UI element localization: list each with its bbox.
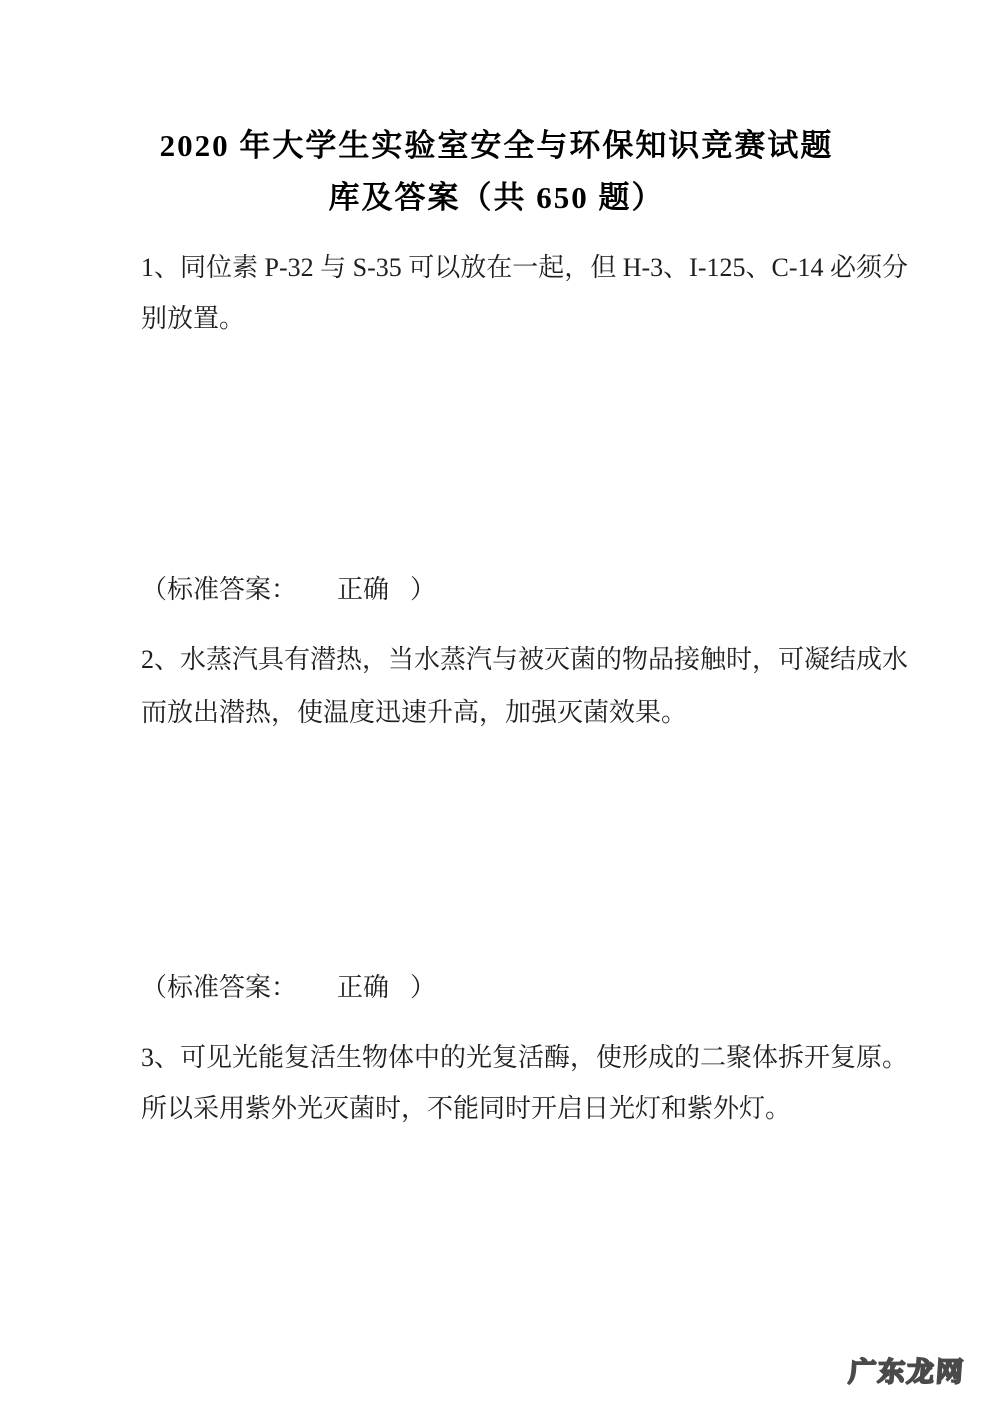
question-2-line-1: 2、水蒸汽具有潜热，当水蒸汽与被灭菌的物品接触时，可凝结成水 bbox=[141, 644, 853, 676]
question-3-line-2: 所以采用紫外光灭菌时，不能同时开启日光灯和紫外灯。 bbox=[141, 1093, 853, 1125]
answer-2-value: 正确 bbox=[337, 973, 389, 1002]
question-1-line-2: 别放置。 bbox=[141, 303, 853, 335]
answer-2-close-paren: ） bbox=[410, 973, 436, 1002]
answer-1-label: （标准答案： bbox=[141, 575, 297, 604]
document-page: 2020 年大学生实验室安全与环保知识竞赛试题 库及答案（共 650 题） 1、… bbox=[0, 0, 993, 1404]
answer-1-close-paren: ） bbox=[410, 575, 436, 604]
question-1-line-1: 1、同位素 P-32 与 S-35 可以放在一起，但 H-3、I-125、C-1… bbox=[141, 252, 853, 284]
document-title: 2020 年大学生实验室安全与环保知识竞赛试题 库及答案（共 650 题） bbox=[0, 120, 993, 224]
watermark: 广东龙网 bbox=[848, 1350, 967, 1389]
title-line-2: 库及答案（共 650 题） bbox=[0, 172, 993, 224]
question-1-answer-line: （标准答案：正确） bbox=[141, 574, 853, 606]
title-line-1: 2020 年大学生实验室安全与环保知识竞赛试题 bbox=[0, 120, 993, 172]
question-2-line-2: 而放出潜热，使温度迅速升高，加强灭菌效果。 bbox=[141, 697, 853, 729]
question-2-answer-line: （标准答案：正确） bbox=[141, 972, 853, 1004]
question-3-line-1: 3、可见光能复活生物体中的光复活酶，使形成的二聚体拆开复原。 bbox=[141, 1042, 853, 1074]
answer-2-label: （标准答案： bbox=[141, 973, 297, 1002]
answer-1-value: 正确 bbox=[337, 575, 389, 604]
